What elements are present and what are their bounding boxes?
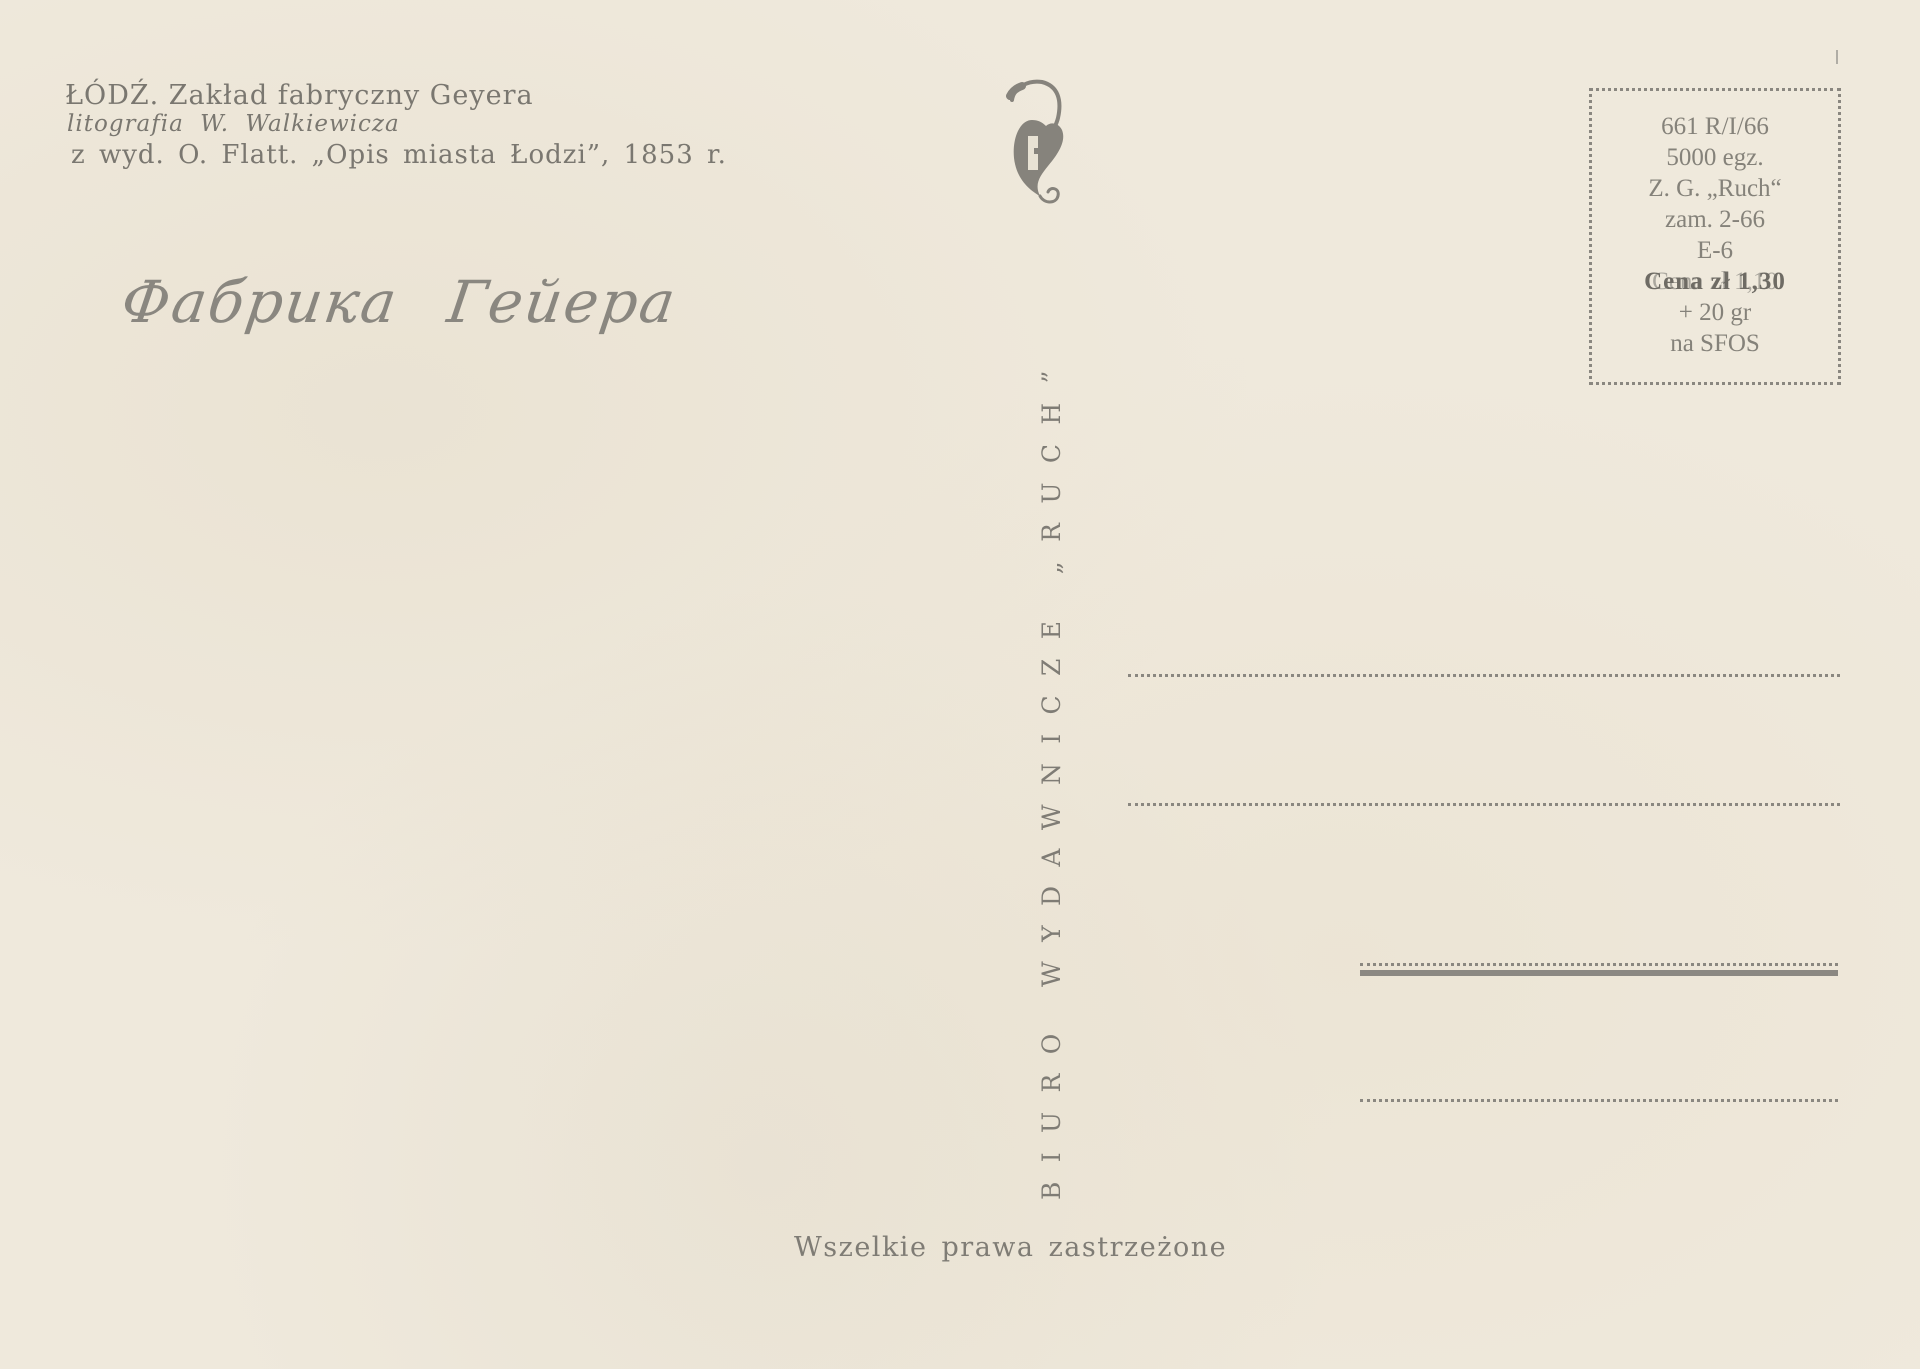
price-overprint: Cena zł 1,30	[1592, 266, 1838, 297]
rights-reserved: Wszelkie prawa zastrzeżone	[794, 1232, 1227, 1263]
print-code: 661 R/I/66	[1592, 111, 1838, 142]
order-number: zam. 2-66	[1592, 204, 1838, 235]
print-run: 5000 egz.	[1592, 142, 1838, 173]
stamp-box: 661 R/I/66 5000 egz. Z. G. „Ruch“ zam. 2…	[1589, 88, 1841, 385]
postal-code-bar	[1360, 970, 1838, 976]
address-line-2	[1128, 803, 1840, 806]
caption-title: ŁÓDŹ. Zakład fabryczny Geyera	[65, 82, 534, 109]
ruch-publisher-logo-icon	[1000, 78, 1070, 213]
paper-class: E-6	[1592, 235, 1838, 266]
caption-lithographer: litografia W. Walkiewicza	[67, 113, 400, 136]
address-line-3	[1360, 963, 1838, 966]
paper-mark	[1836, 50, 1838, 64]
surcharge: + 20 gr	[1592, 297, 1838, 328]
caption-source: z wyd. O. Flatt. „Opis miasta Łodzi”, 18…	[71, 142, 727, 168]
publisher-imprint-vertical: BIURO WYDAWNICZE „RUCH”	[1037, 351, 1066, 1200]
printer: Z. G. „Ruch“	[1592, 173, 1838, 204]
price-block: Cena zł 1,10 Cena zł 1,30	[1592, 266, 1838, 297]
address-line-4	[1360, 1099, 1838, 1102]
handwritten-note: Фабрика Гейера	[117, 268, 681, 336]
address-line-1	[1128, 674, 1840, 677]
surcharge-note: na SFOS	[1592, 328, 1838, 359]
